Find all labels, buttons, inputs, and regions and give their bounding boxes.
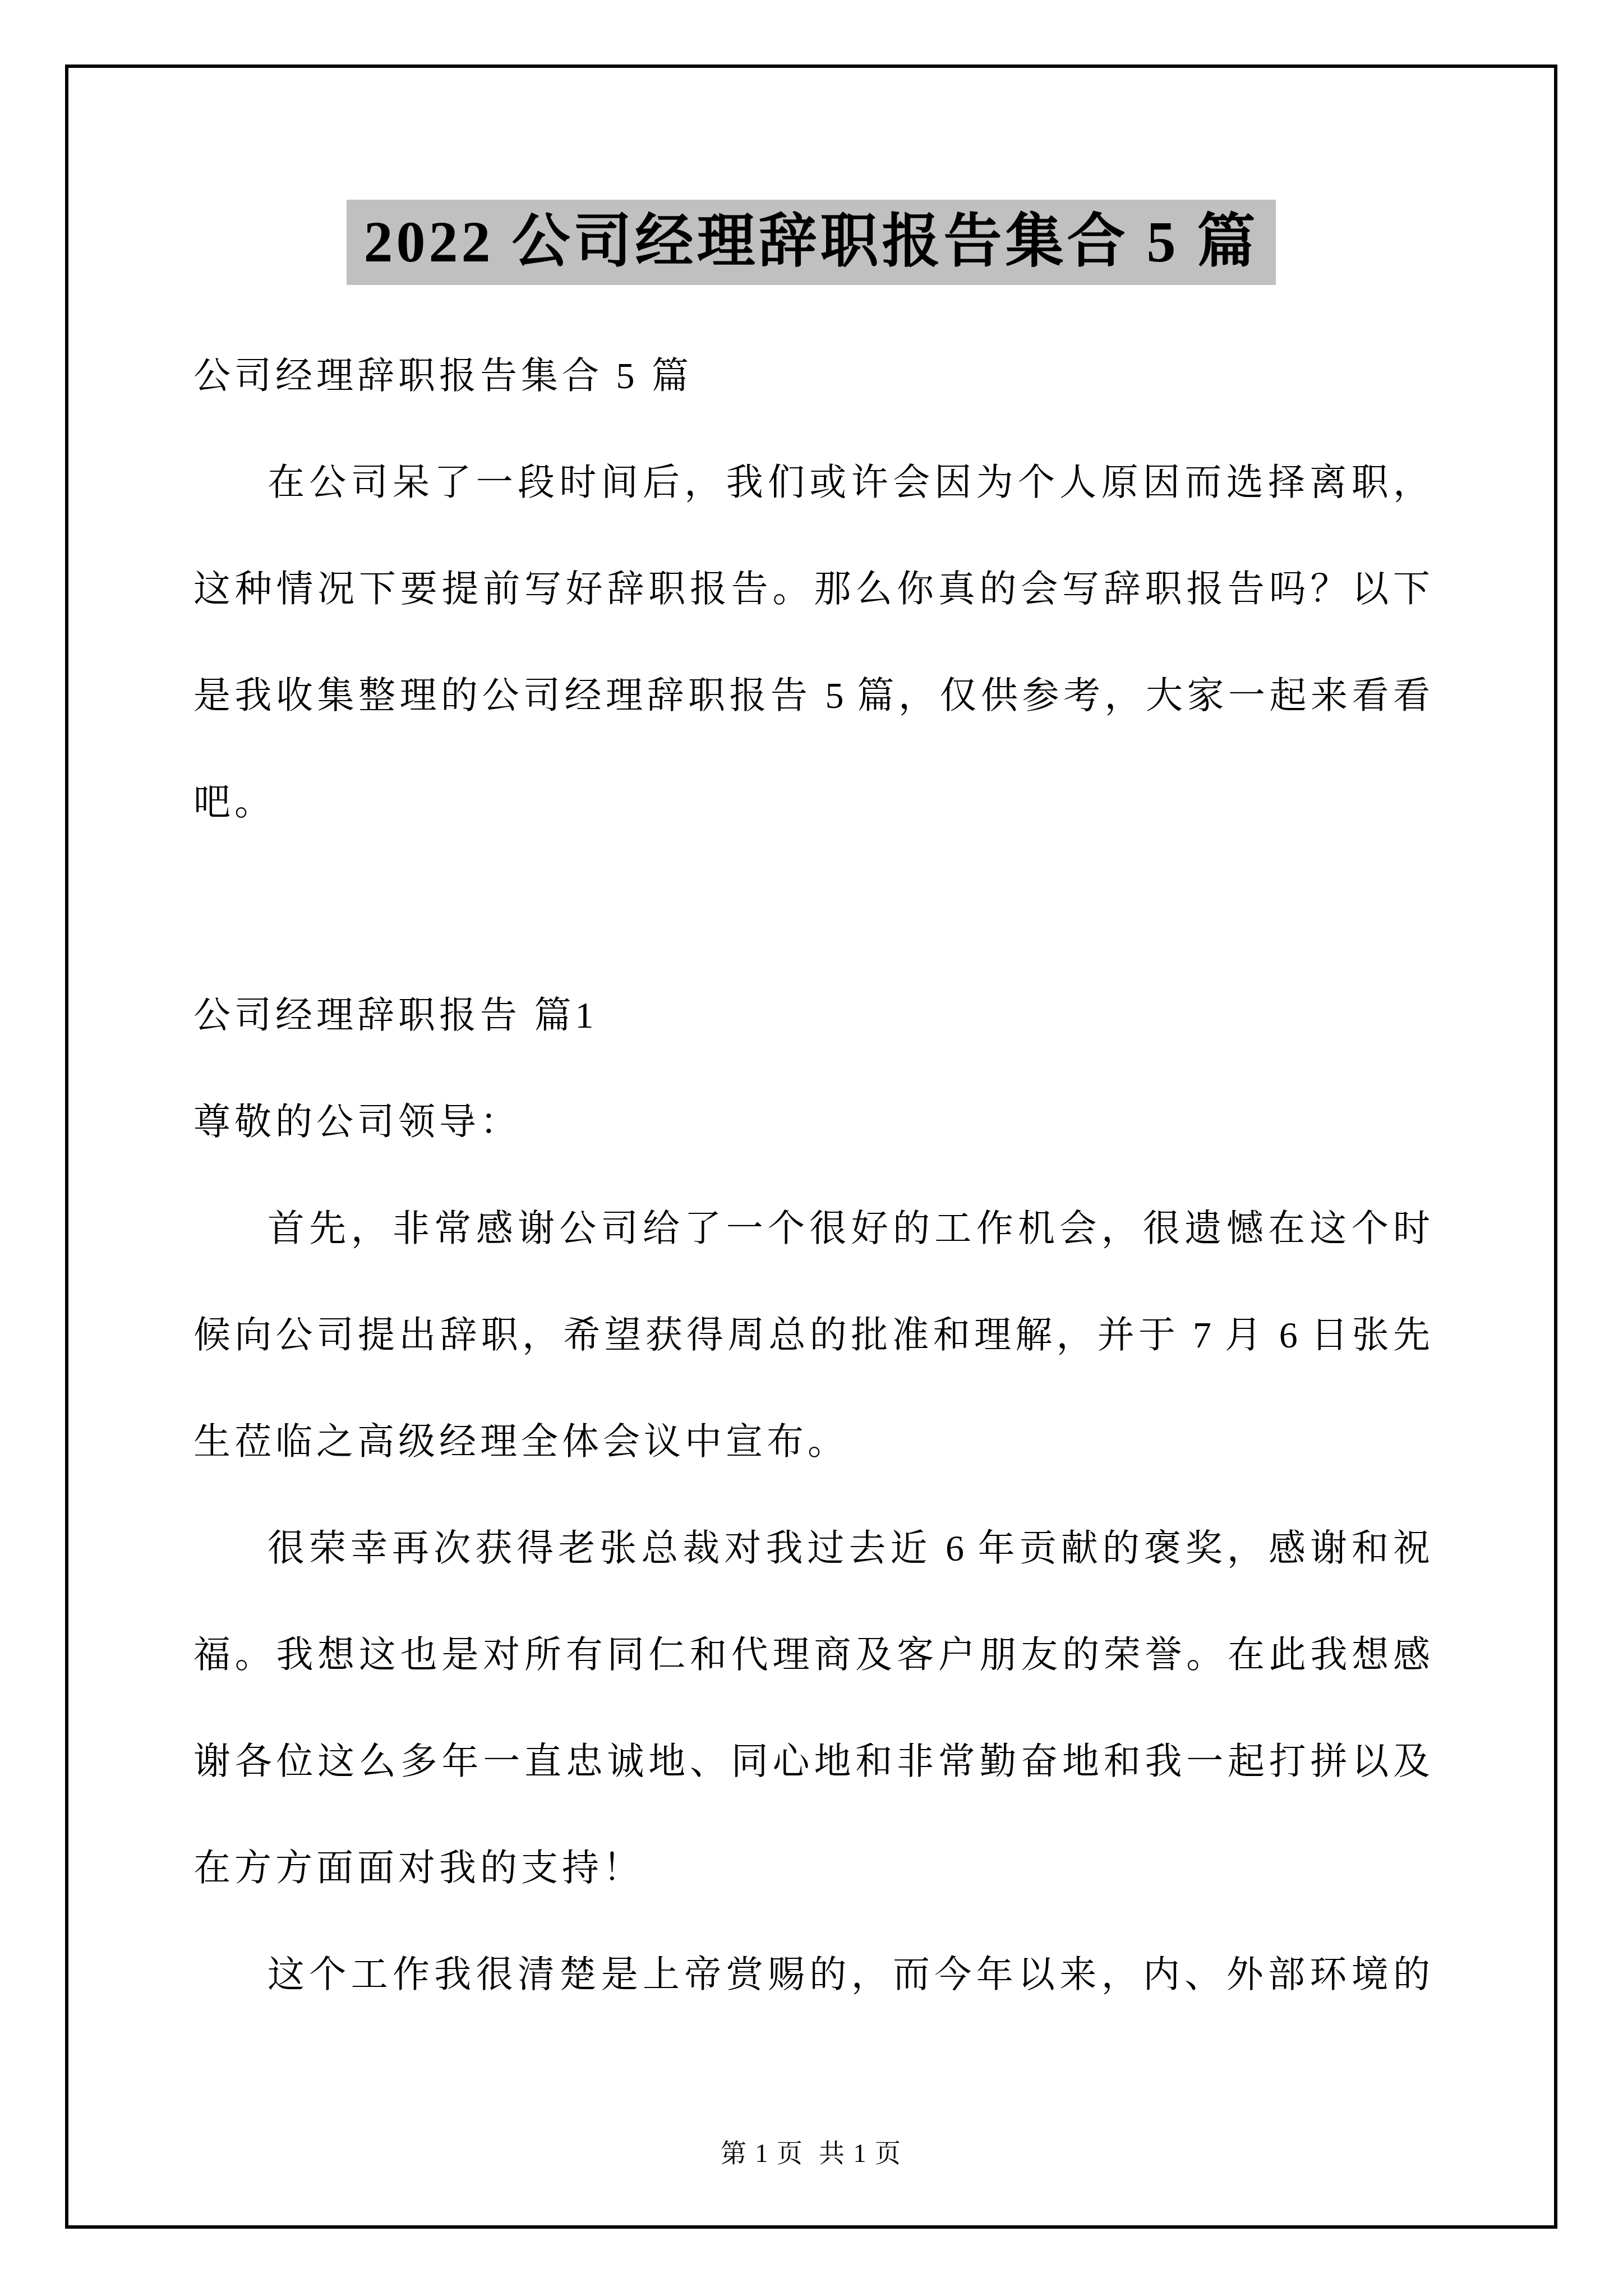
paragraph-line: 尊敬的公司领导： (193, 1069, 1430, 1176)
paragraph-line: 公司经理辞职报告集合 5 篇 (193, 323, 1430, 430)
blank-line (193, 856, 1430, 963)
page-border-frame: 2022 公司经理辞职报告集合 5 篇 公司经理辞职报告集合 5 篇在公司呆了一… (65, 65, 1557, 2229)
paragraph-line: 很荣幸再次获得老张总裁对我过去近 6 年贡献的褒奖，感谢和祝 (193, 1496, 1430, 1602)
paragraph-line: 首先，非常感谢公司给了一个很好的工作机会，很遗憾在这个时 (193, 1176, 1430, 1282)
document-body: 公司经理辞职报告集合 5 篇在公司呆了一段时间后，我们或许会因为个人原因而选择离… (68, 323, 1554, 2028)
paragraph-line: 谢各位这么多年一直忠诚地、同心地和非常勤奋地和我一起打拼以及 (193, 1709, 1430, 1815)
paragraph-line: 是我收集整理的公司经理辞职报告 5 篇，仅供参考，大家一起来看看 (193, 643, 1430, 749)
document-title: 2022 公司经理辞职报告集合 5 篇 (68, 200, 1554, 285)
paragraph-line: 福。我想这也是对所有同仁和代理商及客户朋友的荣誉。在此我想感 (193, 1602, 1430, 1709)
paragraph-line: 这种情况下要提前写好辞职报告。那么你真的会写辞职报告吗？以下 (193, 536, 1430, 643)
document-page: 2022 公司经理辞职报告集合 5 篇 公司经理辞职报告集合 5 篇在公司呆了一… (0, 0, 1623, 2296)
page-footer: 第 1 页 共 1 页 (68, 2137, 1554, 2170)
paragraph-line: 在公司呆了一段时间后，我们或许会因为个人原因而选择离职， (193, 430, 1430, 536)
paragraph-line: 公司经理辞职报告 篇1 (193, 963, 1430, 1069)
paragraph-line: 吧。 (193, 749, 1430, 856)
paragraph-line: 候向公司提出辞职，希望获得周总的批准和理解，并于 7 月 6 日张先 (193, 1282, 1430, 1389)
title-highlight: 2022 公司经理辞职报告集合 5 篇 (347, 200, 1275, 285)
paragraph-line: 在方方面面对我的支持！ (193, 1815, 1430, 1922)
paragraph-line: 这个工作我很清楚是上帝赏赐的，而今年以来，内、外部环境的 (193, 1922, 1430, 2028)
paragraph-line: 生莅临之高级经理全体会议中宣布。 (193, 1389, 1430, 1496)
page-number-label: 第 1 页 共 1 页 (721, 2139, 902, 2168)
